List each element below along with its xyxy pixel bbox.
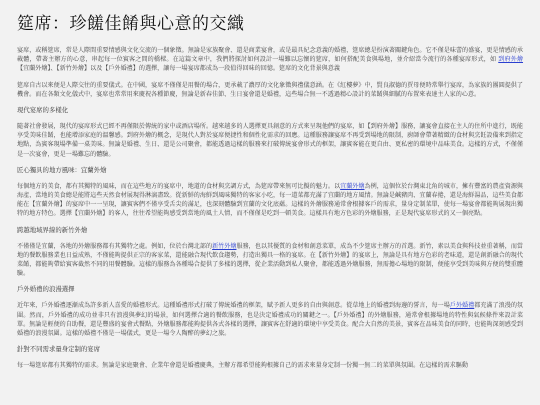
culture-paragraph: 筵席自古以來便是人際交往的重要儀式。在中國，宴席不僅僅是用餐的場合，更承載了濃厚… <box>17 81 523 99</box>
intro-text: 宴席，或稱筵席，常是人際間重要情感與文化交流的一個象徵。無論是家族聚會、還是商業… <box>17 47 523 63</box>
heading-custom: 針對不同需求量身定制的宴席 <box>17 345 523 354</box>
modern-paragraph: 隨著社會發展，現代的宴席形式已經不再僅限於傳統的家中或酒店場所。越來越多的人選擇… <box>17 122 523 159</box>
link-outdoor-wedding[interactable]: 戶外婚禮 <box>450 302 474 309</box>
heading-yilan: 匠心獨具的地方風味：宜蘭外燴 <box>17 166 523 175</box>
page-title: 筵席：珍饈佳餚與心意的交織 <box>17 12 523 36</box>
link-home-catering[interactable]: 到府外燴 <box>498 56 523 63</box>
yilan-text: 每個地方的美食，都有其獨特的風味，而在這些地方的宴席中，地道的食材與烹調方式，為… <box>17 183 340 190</box>
hsinchu-text: 不僅僅是宜蘭，各地的外燴服務都有其獨特之處。例如，位於台灣北部的 <box>17 243 212 250</box>
wedding-text: 近年來，戶外婚禮逐漸成為許多新人喜愛的婚禮形式。這種婚禮形式打破了傳統婚禮的框架… <box>17 302 450 309</box>
hsinchu-paragraph: 不僅僅是宜蘭，各地的外燴服務都有其獨特之處。例如，位於台灣北部的新竹外燴服務，也… <box>17 242 523 279</box>
link-hsinchu-catering[interactable]: 新竹外燴 <box>212 243 236 250</box>
custom-paragraph: 每一場筵席都有其獨特的需求。無論是家庭聚會、企業年會還是婚禮慶典，主辦方都希望能… <box>17 361 523 370</box>
article: 筵席：珍饈佳餚與心意的交織 宴席，或稱筵席，常是人際間重要情感與文化交流的一個象… <box>0 0 540 370</box>
intro-paragraph: 宴席，或稱筵席，常是人際間重要情感與文化交流的一個象徵。無論是家族聚會、還是商業… <box>17 46 523 74</box>
link-yilan-catering[interactable]: 宜蘭外燴 <box>340 183 364 190</box>
wedding-paragraph: 近年來，戶外婚禮逐漸成為許多新人喜愛的婚禮形式。這種婚禮形式打破了傳統婚禮的框架… <box>17 301 523 338</box>
heading-modern: 現代宴席的多樣化 <box>17 106 523 115</box>
heading-hsinchu: 跨越地域界線的新竹外燴 <box>17 226 523 235</box>
yilan-paragraph: 每個地方的美食，都有其獨特的風味，而在這些地方的宴席中，地道的食材與烹調方式，為… <box>17 182 523 219</box>
heading-wedding: 戶外婚禮的浪漫選擇 <box>17 285 523 294</box>
intro-text-after: 【宜蘭外燴】、【新竹外燴】以及【戶外婚禮】的選擇，讓每一場宴席都成為一段值得回味… <box>17 65 340 72</box>
